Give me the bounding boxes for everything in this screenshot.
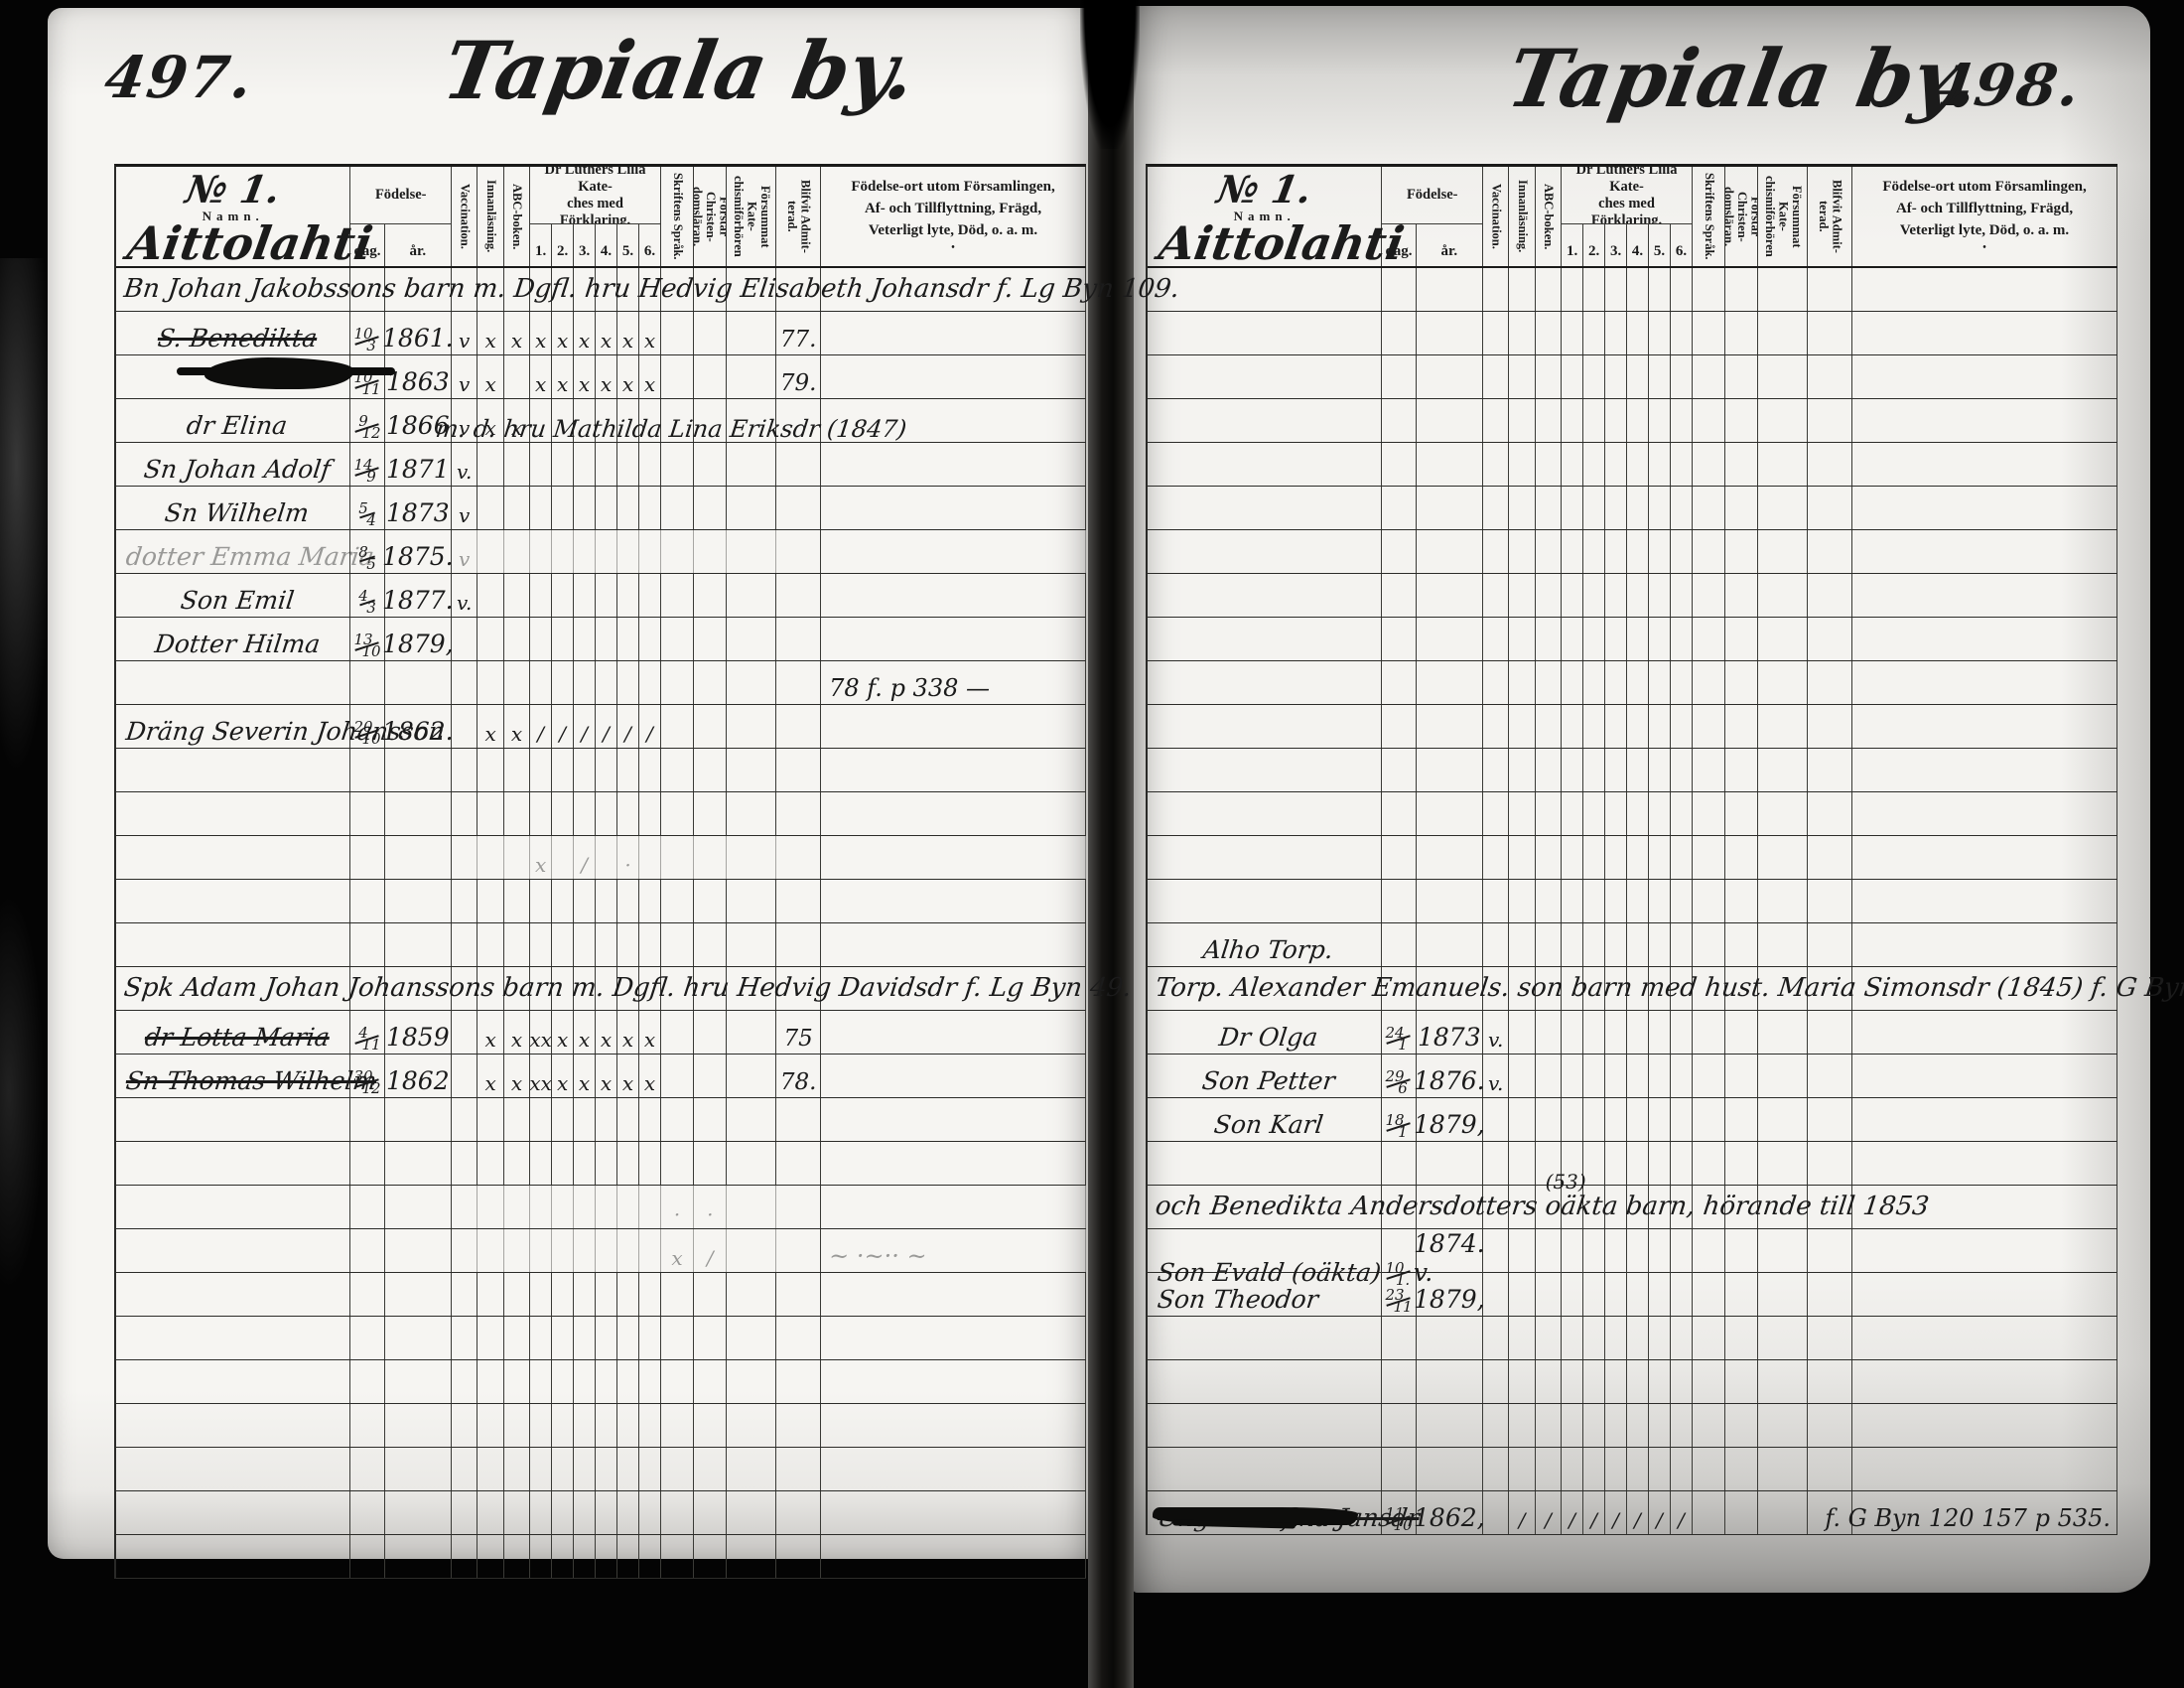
remarks-cell	[821, 312, 1086, 354]
remarks-cell	[821, 618, 1086, 660]
mark-cell	[530, 1142, 552, 1185]
mark-cell	[1627, 1317, 1649, 1359]
mark-cell	[552, 792, 574, 835]
admitted-cell	[1808, 443, 1852, 486]
name-cell: dr Elina	[116, 399, 350, 442]
mark-cell	[617, 1098, 639, 1141]
birth-year-cell	[385, 1229, 452, 1272]
mark-cell	[1509, 1360, 1535, 1403]
birth-year-cell	[1417, 661, 1483, 704]
mark-cell	[727, 705, 776, 748]
mark-cell	[1536, 836, 1562, 879]
mark-cell	[1627, 705, 1649, 748]
admitted-cell: 79.	[776, 355, 821, 398]
admitted-cell	[1808, 923, 1852, 966]
family-entry-line: Bn Johan Jakobssons barn m. Dgfl. hru He…	[122, 274, 1181, 304]
birth-year-cell	[1417, 574, 1483, 617]
mark-cell	[504, 1142, 530, 1185]
birth-day-value: 1310	[357, 633, 376, 657]
mark-cell	[1562, 268, 1583, 311]
mark-cell	[1725, 443, 1758, 486]
name-cell: dr Lotta Maria	[116, 1011, 350, 1054]
mark-cell	[639, 792, 661, 835]
birth-day-cell	[1382, 1142, 1416, 1185]
birth-day-value: 103	[357, 328, 376, 352]
mark-cell	[1562, 836, 1583, 879]
mark-cell: /	[1509, 1491, 1535, 1534]
ledger-row: Ung. Adolfina Jansdr11101862,////////f. …	[1148, 1491, 2117, 1535]
ledger-row: Dr Olga2411873v.	[1148, 1011, 2117, 1055]
mark-cell	[1725, 1448, 1758, 1490]
col-header-grade-2: 2.	[552, 224, 574, 266]
col-header-fodelseort: Födelse-ort utom Församlingen,Af- och Ti…	[821, 167, 1086, 266]
name-cell	[116, 1535, 350, 1578]
mark-cell	[1627, 487, 1649, 529]
mark-cell	[552, 923, 574, 966]
mark-cell	[574, 487, 596, 529]
mark-cell	[1483, 1142, 1509, 1185]
birth-year-cell: 1876.	[1417, 1055, 1483, 1097]
mark-cell	[504, 880, 530, 922]
mark-cell	[1693, 923, 1725, 966]
name-cell	[1148, 1360, 1382, 1403]
remarks-cell	[821, 923, 1086, 966]
estate-name: Aittolahti	[1156, 216, 1408, 270]
mark-cell	[727, 749, 776, 791]
mark-cell	[1649, 1055, 1671, 1097]
ink-blot	[205, 357, 353, 389]
table-header: № 1.Namn.AittolahtiFödelse-dag.år.Vaccin…	[116, 167, 1086, 268]
mark-cell	[694, 923, 727, 966]
mark-cell	[1693, 487, 1725, 529]
estate-number: № 1.	[112, 167, 353, 211]
mark-cell	[1671, 749, 1693, 791]
name-cell	[1148, 1404, 1382, 1447]
mark-cell	[1536, 880, 1562, 922]
mark-cell: v	[452, 530, 478, 573]
mark-cell	[1627, 618, 1649, 660]
mark-cell	[1562, 1360, 1583, 1403]
col-header-grade-4: 4.	[596, 224, 617, 266]
birth-day-cell	[350, 1098, 384, 1141]
mark-cell	[1605, 1011, 1627, 1054]
mark-cell	[1649, 487, 1671, 529]
mark-cell	[530, 1404, 552, 1447]
ledger-row	[1148, 836, 2117, 880]
family-entry-line: och Benedikta Andersdotters oäkta barn, …	[1154, 1192, 1931, 1221]
birth-day-cell	[1382, 618, 1416, 660]
admitted-cell	[1808, 399, 1852, 442]
mark-cell	[661, 1317, 694, 1359]
birth-year-cell	[1417, 530, 1483, 573]
mark-cell	[1649, 1404, 1671, 1447]
mark-cell	[1509, 1055, 1535, 1097]
mark-cell	[1536, 1098, 1562, 1141]
mark-cell	[1483, 1098, 1509, 1141]
birth-year-cell	[1417, 1142, 1483, 1185]
mark-cell	[574, 1448, 596, 1490]
mark-cell	[1758, 1142, 1808, 1185]
ledger-row	[116, 1491, 1086, 1535]
mark-cell	[1725, 1055, 1758, 1097]
birth-day-cell: 411	[350, 1011, 384, 1054]
ledger-row	[116, 880, 1086, 923]
remarks-cell	[821, 1186, 1086, 1228]
mark-cell	[1693, 1055, 1725, 1097]
remarks-cell: ~ ·~·· ~	[821, 1229, 1086, 1272]
mark-cell	[1536, 268, 1562, 311]
estate-name: Aittolahti	[124, 216, 376, 270]
mark-cell: x	[596, 1055, 617, 1097]
mark-cell: xx	[530, 1055, 552, 1097]
mark-cell	[1536, 1360, 1562, 1403]
mark-cell	[661, 1098, 694, 1141]
name-cell: Sn Johan Adolf	[116, 443, 350, 486]
remarks-cell	[1852, 1404, 2117, 1447]
mark-cell	[1562, 1273, 1583, 1316]
ledger-row: Son Karl1811879,	[1148, 1098, 2117, 1142]
admitted-cell	[1808, 880, 1852, 922]
mark-cell	[1649, 1360, 1671, 1403]
birth-year-cell	[1417, 1360, 1483, 1403]
mark-cell	[1758, 443, 1808, 486]
birth-day-value: 181	[1389, 1114, 1408, 1138]
birth-year-cell	[385, 1360, 452, 1403]
mark-cell	[452, 1535, 478, 1578]
mark-cell	[1725, 880, 1758, 922]
mark-cell	[1725, 1317, 1758, 1359]
ledger-row: dr Lotta Maria4111859xxxxxxxxx75	[116, 1011, 1086, 1055]
mark-cell	[1509, 530, 1535, 573]
mark-cell	[694, 443, 727, 486]
mark-cell	[1671, 1360, 1693, 1403]
birth-day-cell: 43	[350, 574, 384, 617]
mark-cell	[504, 618, 530, 660]
mark-cell	[1562, 1448, 1583, 1490]
mark-cell	[1483, 443, 1509, 486]
birth-day-cell: 1011	[350, 355, 384, 398]
mark-cell	[1483, 792, 1509, 835]
mark-cell	[552, 1273, 574, 1316]
mark-cell	[617, 792, 639, 835]
remarks-cell	[821, 1448, 1086, 1490]
mark-cell: ·	[694, 1186, 727, 1228]
col-header-katekes-group: Dr Luthers Lilla Kate-ches med Förklarin…	[1562, 167, 1693, 224]
mark-cell	[727, 1404, 776, 1447]
mark-cell	[478, 836, 503, 879]
remarks-cell	[821, 1055, 1086, 1097]
mark-cell	[1509, 574, 1535, 617]
birth-day-cell	[350, 880, 384, 922]
mark-cell	[661, 792, 694, 835]
page-498: 498. Tapiala by. № 1.Namn.AittolahtiFöde…	[1132, 6, 2150, 1593]
mark-cell	[1483, 1448, 1509, 1490]
remarks-cell	[821, 1360, 1086, 1403]
mark-cell	[1562, 399, 1583, 442]
mark-cell	[1693, 880, 1725, 922]
mark-cell: x	[574, 1055, 596, 1097]
admitted-cell	[1808, 1098, 1852, 1141]
ledger-row: Son Evald (oäkta)101.1874. v.	[1148, 1229, 2117, 1273]
mark-cell	[1509, 836, 1535, 879]
ledger-row	[1148, 443, 2117, 487]
mark-cell	[1627, 661, 1649, 704]
mark-cell	[1536, 574, 1562, 617]
mark-cell	[694, 1448, 727, 1490]
mark-cell	[639, 1360, 661, 1403]
name-cell	[1148, 443, 1382, 486]
mark-cell	[452, 1273, 478, 1316]
name-cell	[116, 749, 350, 791]
ledger-row: 10111863vxxxxxxx79.	[116, 355, 1086, 399]
ledger-row: dr Elina9121866vxxm. d. hru Mathilda Lin…	[116, 399, 1086, 443]
mark-cell: x	[617, 312, 639, 354]
mark-cell	[1605, 618, 1627, 660]
mark-cell: x	[574, 1011, 596, 1054]
mark-cell: v.	[1483, 1011, 1509, 1054]
mark-cell	[1509, 487, 1535, 529]
mark-cell	[694, 487, 727, 529]
birth-year-cell	[1417, 1448, 1483, 1490]
mark-cell	[727, 880, 776, 922]
mark-cell	[1483, 487, 1509, 529]
mark-cell	[1509, 1448, 1535, 1490]
mark-cell	[1536, 487, 1562, 529]
mark-cell	[1649, 312, 1671, 354]
admitted-cell	[776, 1448, 821, 1490]
admitted-cell	[1808, 792, 1852, 835]
page-497: 497. Tapiala by. № 1.Namn.AittolahtiFöde…	[48, 8, 1096, 1559]
birth-year-cell	[1417, 880, 1483, 922]
mark-cell	[661, 1360, 694, 1403]
birth-year-cell	[1417, 268, 1483, 311]
mark-cell	[504, 1186, 530, 1228]
ledger-row	[1148, 1448, 2117, 1491]
mark-cell	[1562, 1404, 1583, 1447]
person-name: Son Emil	[179, 586, 296, 615]
birth-day-cell	[350, 1360, 384, 1403]
mark-cell	[596, 574, 617, 617]
mark-cell	[617, 618, 639, 660]
mark-cell: x	[530, 312, 552, 354]
mark-cell	[1536, 1055, 1562, 1097]
mark-cell	[1671, 443, 1693, 486]
remarks-cell	[1852, 1011, 2117, 1054]
remarks-cell	[1852, 1098, 2117, 1141]
mark-cell	[1671, 530, 1693, 573]
mark-cell: x	[596, 355, 617, 398]
mark-cell	[1671, 1011, 1693, 1054]
birth-day-cell: 181	[1382, 1098, 1416, 1141]
birth-day-cell	[1382, 836, 1416, 879]
birth-year-cell	[1417, 399, 1483, 442]
birth-day-cell	[350, 1535, 384, 1578]
mark-cell	[694, 1055, 727, 1097]
marriage-note: m. d. hru Mathilda Lina Eriksdr (1847)	[435, 415, 909, 443]
mark-cell	[478, 1317, 503, 1359]
mark-cell	[1693, 1404, 1725, 1447]
mark-cell	[727, 1098, 776, 1141]
mark-cell	[1627, 268, 1649, 311]
mark-cell	[1483, 836, 1509, 879]
mark-cell	[1758, 1273, 1808, 1316]
col-header-grade-6: 6.	[1671, 224, 1693, 266]
col-header-grade-5: 5.	[617, 224, 639, 266]
admitted-cell	[776, 1186, 821, 1228]
mark-cell	[452, 1491, 478, 1534]
ledger-row	[116, 1317, 1086, 1360]
mark-cell	[1758, 1317, 1808, 1359]
mark-cell	[452, 705, 478, 748]
mark-cell	[1671, 1273, 1693, 1316]
birth-year-cell: 1871	[385, 443, 452, 486]
mark-cell	[1605, 1273, 1627, 1316]
mark-cell	[661, 1491, 694, 1534]
birth-day-cell	[350, 749, 384, 791]
mark-cell	[1583, 923, 1605, 966]
birth-year-cell	[1417, 355, 1483, 398]
admitted-cell	[776, 1404, 821, 1447]
mark-cell	[727, 574, 776, 617]
mark-cell	[574, 1229, 596, 1272]
ledger-row	[1148, 574, 2117, 618]
mark-cell	[1562, 661, 1583, 704]
ledger-row: Bn Johan Jakobssons barn m. Dgfl. hru He…	[116, 268, 1086, 312]
mark-cell	[530, 443, 552, 486]
mark-cell	[1693, 1491, 1725, 1534]
mark-cell	[1671, 880, 1693, 922]
mark-cell	[552, 1448, 574, 1490]
mark-cell	[1725, 399, 1758, 442]
mark-cell	[1725, 268, 1758, 311]
mark-cell	[1649, 792, 1671, 835]
mark-cell	[1725, 487, 1758, 529]
remarks-cell	[1852, 1360, 2117, 1403]
birth-day-cell	[350, 1404, 384, 1447]
mark-cell	[1483, 749, 1509, 791]
mark-cell	[452, 836, 478, 879]
mark-cell	[530, 880, 552, 922]
mark-cell	[1725, 1011, 1758, 1054]
mark-cell	[639, 574, 661, 617]
admitted-cell	[1808, 1011, 1852, 1054]
mark-cell	[617, 661, 639, 704]
mark-cell	[1649, 443, 1671, 486]
mark-cell	[639, 923, 661, 966]
birth-day-cell	[350, 1317, 384, 1359]
mark-cell	[1562, 574, 1583, 617]
mark-cell	[1605, 661, 1627, 704]
admitted-cell	[1808, 1317, 1852, 1359]
mark-cell	[596, 1273, 617, 1316]
mark-cell	[530, 1186, 552, 1228]
name-cell	[116, 661, 350, 704]
birth-year-cell	[1417, 705, 1483, 748]
mark-cell	[1562, 923, 1583, 966]
remarks-cell	[821, 1011, 1086, 1054]
admitted-cell: 77.	[776, 312, 821, 354]
birth-year-cell	[385, 1142, 452, 1185]
mark-cell	[1758, 792, 1808, 835]
col-header-grade-1: 1.	[1562, 224, 1583, 266]
mark-cell	[1509, 1273, 1535, 1316]
mark-cell	[530, 1317, 552, 1359]
col-header-blifvit-admitterad: Blifvit Admit-terad.	[776, 167, 821, 266]
admitted-cell	[776, 530, 821, 573]
name-cell	[1148, 355, 1382, 398]
birth-day-value: 912	[357, 415, 376, 439]
name-cell	[1148, 749, 1382, 791]
mark-cell	[552, 880, 574, 922]
mark-cell	[1562, 355, 1583, 398]
mark-cell	[1758, 1360, 1808, 1403]
birth-year-cell	[385, 1186, 452, 1228]
birth-day-cell	[1382, 792, 1416, 835]
admitted-cell	[776, 1142, 821, 1185]
col-header-grade-1: 1.	[530, 224, 552, 266]
mark-cell: /	[1583, 1491, 1605, 1534]
ledger-row: Son Emil431877.v.	[116, 574, 1086, 618]
admitted-cell	[1808, 574, 1852, 617]
mark-cell	[1583, 1448, 1605, 1490]
mark-cell	[1649, 1142, 1671, 1185]
person-name: Dr Olga	[1217, 1023, 1319, 1052]
mark-cell	[727, 1011, 776, 1054]
mark-cell	[478, 1142, 503, 1185]
admitted-cell	[776, 487, 821, 529]
mark-cell: /	[574, 836, 596, 879]
mark-cell	[661, 836, 694, 879]
mark-cell	[1605, 1142, 1627, 1185]
mark-cell	[1605, 312, 1627, 354]
mark-cell	[1627, 574, 1649, 617]
mark-cell	[1509, 399, 1535, 442]
mark-cell	[478, 749, 503, 791]
mark-cell: x	[504, 1055, 530, 1097]
mark-cell	[1649, 661, 1671, 704]
ledger-row	[1148, 792, 2117, 836]
mark-cell	[661, 661, 694, 704]
ledger-row	[1148, 312, 2117, 355]
mark-cell	[1583, 355, 1605, 398]
name-cell	[116, 792, 350, 835]
mark-cell	[1536, 923, 1562, 966]
mark-cell	[1693, 355, 1725, 398]
birth-day-cell	[350, 1142, 384, 1185]
mark-cell	[1562, 618, 1583, 660]
birth-year-cell: 1873	[1417, 1011, 1483, 1054]
mark-cell	[552, 1229, 574, 1272]
mark-cell	[574, 1317, 596, 1359]
birth-day-value: 2311	[1389, 1289, 1408, 1313]
birth-day-cell	[350, 923, 384, 966]
mark-cell	[1693, 705, 1725, 748]
mark-cell	[1693, 1011, 1725, 1054]
birth-day-cell	[1382, 749, 1416, 791]
mark-cell	[1693, 312, 1725, 354]
mark-cell	[1583, 1404, 1605, 1447]
name-cell	[1148, 268, 1382, 311]
mark-cell	[1583, 268, 1605, 311]
mark-cell	[1725, 312, 1758, 354]
mark-cell	[1583, 1055, 1605, 1097]
mark-cell	[1627, 880, 1649, 922]
mark-cell	[1509, 1404, 1535, 1447]
ledger-row: Son Petter2961876.v.	[1148, 1055, 2117, 1098]
mark-cell: /	[1536, 1491, 1562, 1534]
mark-cell	[504, 1317, 530, 1359]
mark-cell	[1649, 880, 1671, 922]
